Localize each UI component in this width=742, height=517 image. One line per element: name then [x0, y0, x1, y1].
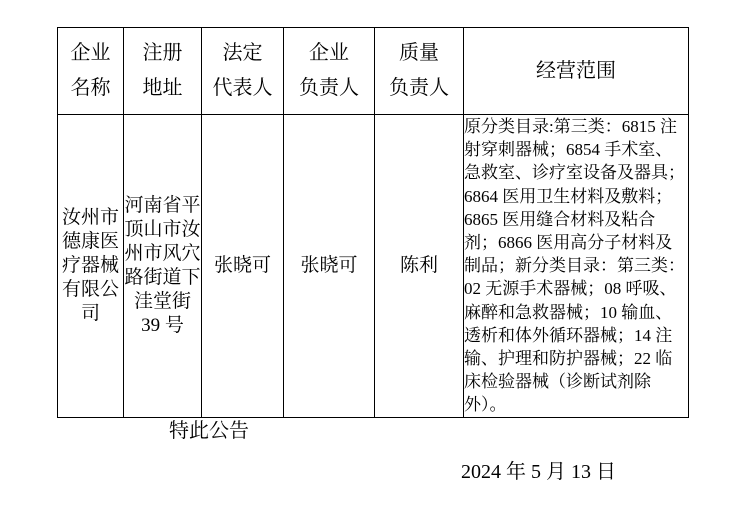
- cell-legal-representative: 张晓可: [202, 115, 284, 418]
- cell-quality-responsible: 陈利: [375, 115, 464, 418]
- announcement-date: 2024 年 5 月 13 日: [461, 460, 616, 484]
- table-row: 汝州市德康医疗器械有限公司 河南省平顶山市汝州市风穴路街道下洼堂街 39 号 张…: [58, 115, 689, 418]
- company-info-table: 企业 名称 注册 地址 法定 代表人 企业 负责人 质量 负责人 经营范围 汝州…: [57, 27, 689, 418]
- cell-business-scope: 原分类目录:第三类：6815 注射穿刺器械；6854 手术室、急救室、诊疗室设备…: [464, 115, 689, 418]
- header-company-name: 企业 名称: [58, 28, 124, 115]
- header-quality-responsible: 质量 负责人: [375, 28, 464, 115]
- cell-registered-address: 河南省平顶山市汝州市风穴路街道下洼堂街 39 号: [124, 115, 202, 418]
- cell-company-responsible: 张晓可: [284, 115, 375, 418]
- table-header-row: 企业 名称 注册 地址 法定 代表人 企业 负责人 质量 负责人 经营范围: [58, 28, 689, 115]
- announcement-page: 企业 名称 注册 地址 法定 代表人 企业 负责人 质量 负责人 经营范围 汝州…: [0, 0, 742, 517]
- header-company-responsible: 企业 负责人: [284, 28, 375, 115]
- header-legal-representative: 法定 代表人: [202, 28, 284, 115]
- closing-statement: 特此公告: [169, 417, 249, 445]
- header-registered-address: 注册 地址: [124, 28, 202, 115]
- header-business-scope: 经营范围: [464, 28, 689, 115]
- cell-company-name: 汝州市德康医疗器械有限公司: [58, 115, 124, 418]
